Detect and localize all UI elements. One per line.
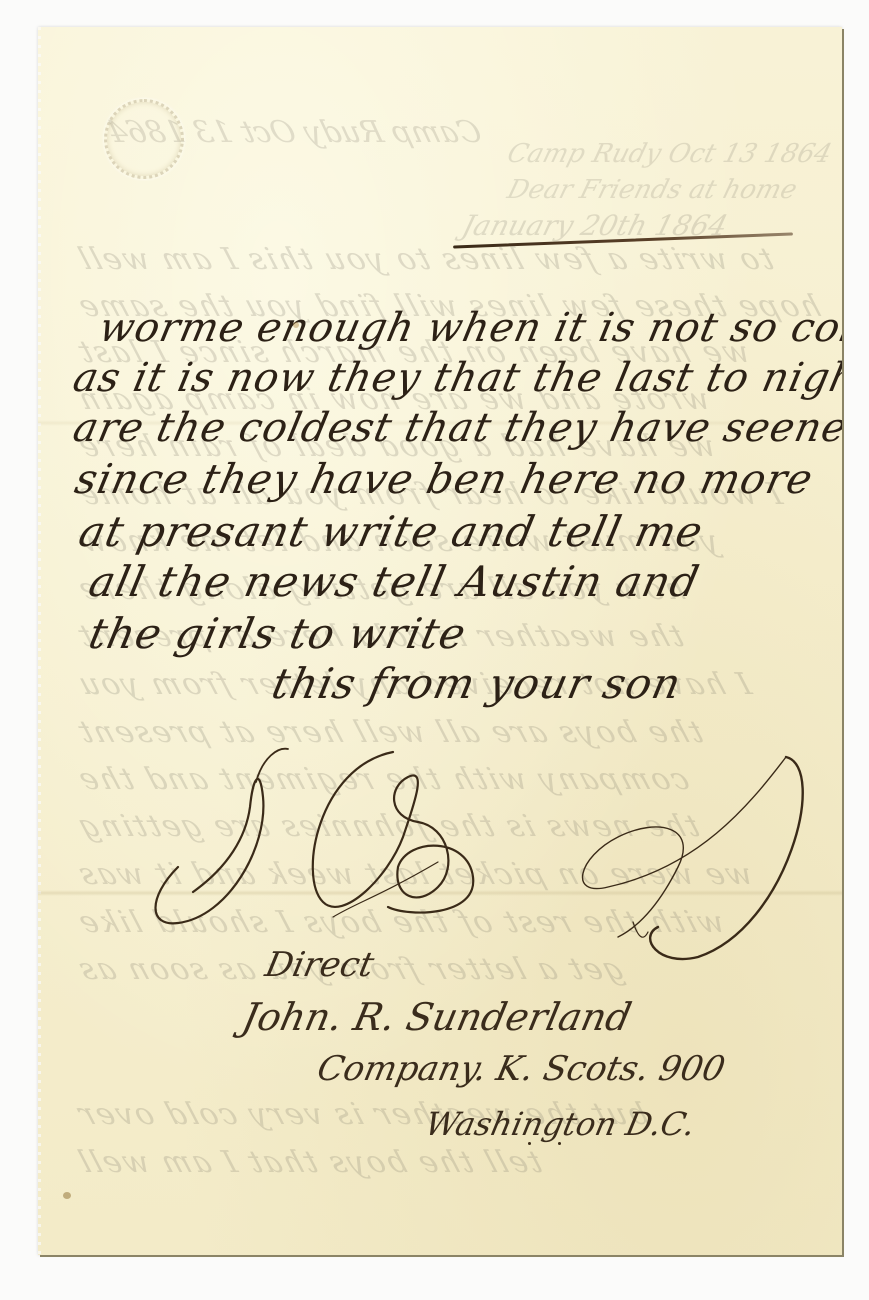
address-label: Direct [262,945,378,985]
ghost-salutation: Dear Friends at home [504,175,800,205]
letter-line: as it is now they that the last to night… [69,355,842,401]
ink-spot [528,1142,531,1145]
signature-monogram-icon [138,727,838,967]
letter-line: worme enough when it is not so colt [95,305,842,351]
letter-line: the girls to write [85,609,471,658]
address-name: John. R. Sunderland [238,995,635,1039]
ink-spot [558,1142,561,1145]
bleed-line: to write a few lines to you this I am we… [72,242,778,277]
ink-spot [293,322,299,328]
ink-spot [63,1192,71,1199]
letter-line: are the coldest that they have seene [69,405,842,451]
letter-page: Camp Rudy Oct 13 1864 Camp Rudy Oct 13 1… [38,27,842,1255]
letter-closing: this from your son [268,659,686,708]
letter-line: since they have ben here no more [71,455,818,503]
letter-line: at presant write and tell me [75,507,708,556]
address-unit: Company. K. Scots. 900 [314,1049,729,1089]
ghost-place-date: Camp Rudy Oct 13 1864 [504,139,835,169]
bleed-line: tell the boys that I am well [72,1145,546,1180]
letter-line: all the news tell Austin and [85,557,704,606]
torn-left-edge [38,27,41,1255]
ghost-date-mirrored: Camp Rudy Oct 13 1864 [103,115,485,150]
address-city: Washington D.C. [422,1105,699,1143]
